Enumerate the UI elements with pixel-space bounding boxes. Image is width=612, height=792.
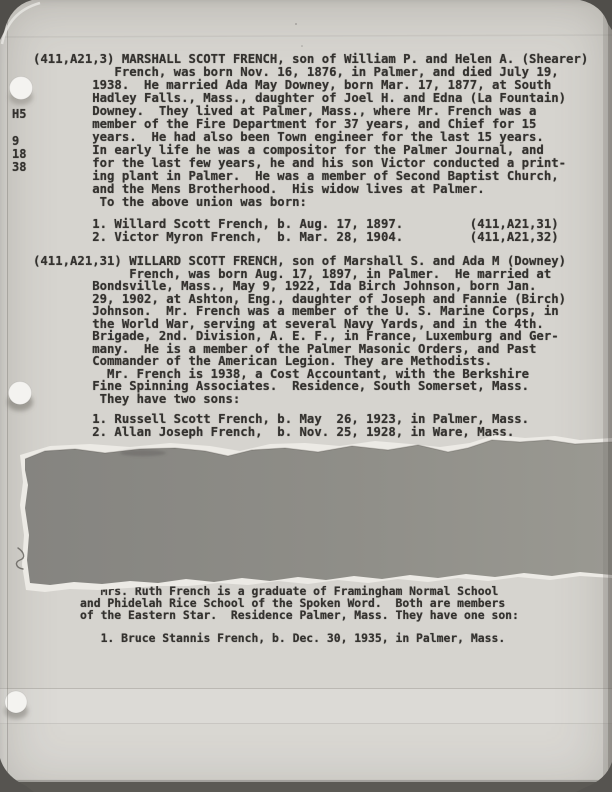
children-list-willard: 1. Russell Scott French, b. May 26, 1923… <box>33 413 529 438</box>
children-list-marshall: 1. Willard Scott French, b. Aug. 17, 189… <box>33 218 559 243</box>
margin-note-h5: H5 <box>12 108 26 121</box>
bottom-fold-area <box>0 723 612 779</box>
ruth-french-paragraph: Mrs. Ruth French is a graduate of Framin… <box>80 586 519 645</box>
horizontal-crease <box>0 688 612 724</box>
genealogy-entry-willard-scott-french: (411,A21,31) WILLARD SCOTT FRENCH, son o… <box>33 255 566 406</box>
genealogy-entry-marshall-scott-french: (411,A21,3) MARSHALL SCOTT FRENCH, son o… <box>33 53 588 209</box>
margin-note-numbers: 9 18 38 <box>12 135 26 175</box>
scanned-genealogy-page: H5 9 18 38 (411,A21,3) MARSHALL SCOTT FR… <box>0 0 612 792</box>
